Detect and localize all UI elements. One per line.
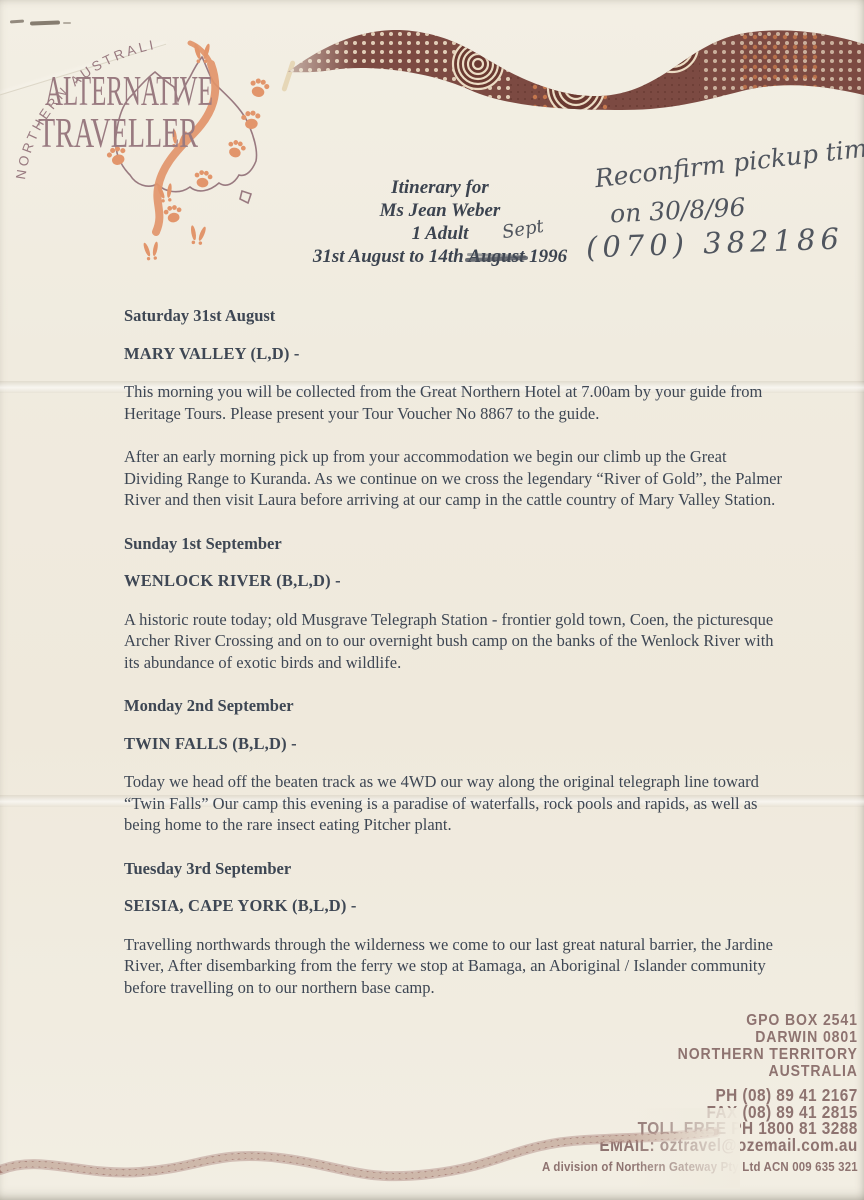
header-line-dates: 31st August to 14th August 1996	[250, 245, 630, 268]
day-heading: Monday 2nd September	[124, 695, 784, 717]
itinerary-section: Sunday 1st September WENLOCK RIVER (B,L,…	[124, 533, 784, 674]
logo-word-alternative: ALTERNATIVE	[45, 69, 213, 115]
itinerary-paragraph: Today we head off the beaten track as we…	[124, 771, 784, 836]
itinerary-body: Saturday 31st August MARY VALLEY (L,D) -…	[124, 301, 784, 1020]
itinerary-section: Monday 2nd September TWIN FALLS (B,L,D) …	[124, 695, 784, 836]
header-line-pax: 1 Adult	[250, 222, 630, 245]
stop-heading: SEISIA, CAPE YORK (B,L,D) -	[124, 895, 784, 917]
itinerary-paragraph: A historic route today; old Musgrave Tel…	[124, 609, 784, 674]
logo-word-traveller: TRAVELLER	[38, 111, 198, 157]
scanned-itinerary-letter: NORTHERN AUSTRALIA ALTERNATIVE TRAVELLER	[0, 0, 864, 1200]
address-line: NORTHERN TERRITORY	[542, 1046, 858, 1063]
itinerary-paragraph: This morning you will be collected from …	[124, 381, 784, 424]
address-line: DARWIN 0801	[542, 1029, 858, 1046]
postal-address: GPO BOX 2541 DARWIN 0801 NORTHERN TERRIT…	[542, 1012, 858, 1080]
handwritten-note-line2: on 30/8/96	[609, 192, 746, 228]
day-heading: Sunday 1st September	[124, 533, 784, 555]
stop-heading: TWIN FALLS (B,L,D) -	[124, 733, 784, 755]
day-heading: Tuesday 3rd September	[124, 858, 784, 880]
header-line-name: Ms Jean Weber	[250, 199, 630, 222]
itinerary-section: Tuesday 3rd September SEISIA, CAPE YORK …	[124, 858, 784, 999]
woven-rope-wave	[0, 1108, 740, 1188]
struck-word: August	[468, 246, 524, 267]
address-line: GPO BOX 2541	[542, 1012, 858, 1029]
itinerary-paragraph: After an early morning pick up from your…	[124, 446, 784, 511]
stop-heading: WENLOCK RIVER (B,L,D) -	[124, 570, 784, 592]
handwritten-note-line1: Reconfirm pickup time	[593, 132, 864, 194]
header-line-itinerary-for: Itinerary for	[250, 176, 630, 199]
itinerary-header: Itinerary for Ms Jean Weber 1 Adult 31st…	[250, 176, 630, 268]
aboriginal-wave-banner	[270, 12, 864, 127]
day-heading: Saturday 31st August	[124, 305, 784, 327]
address-line: AUSTRALIA	[542, 1063, 858, 1080]
stop-heading: MARY VALLEY (L,D) -	[124, 343, 784, 365]
itinerary-paragraph: Travelling northwards through the wilder…	[124, 934, 784, 999]
itinerary-section: Saturday 31st August MARY VALLEY (L,D) -…	[124, 305, 784, 511]
